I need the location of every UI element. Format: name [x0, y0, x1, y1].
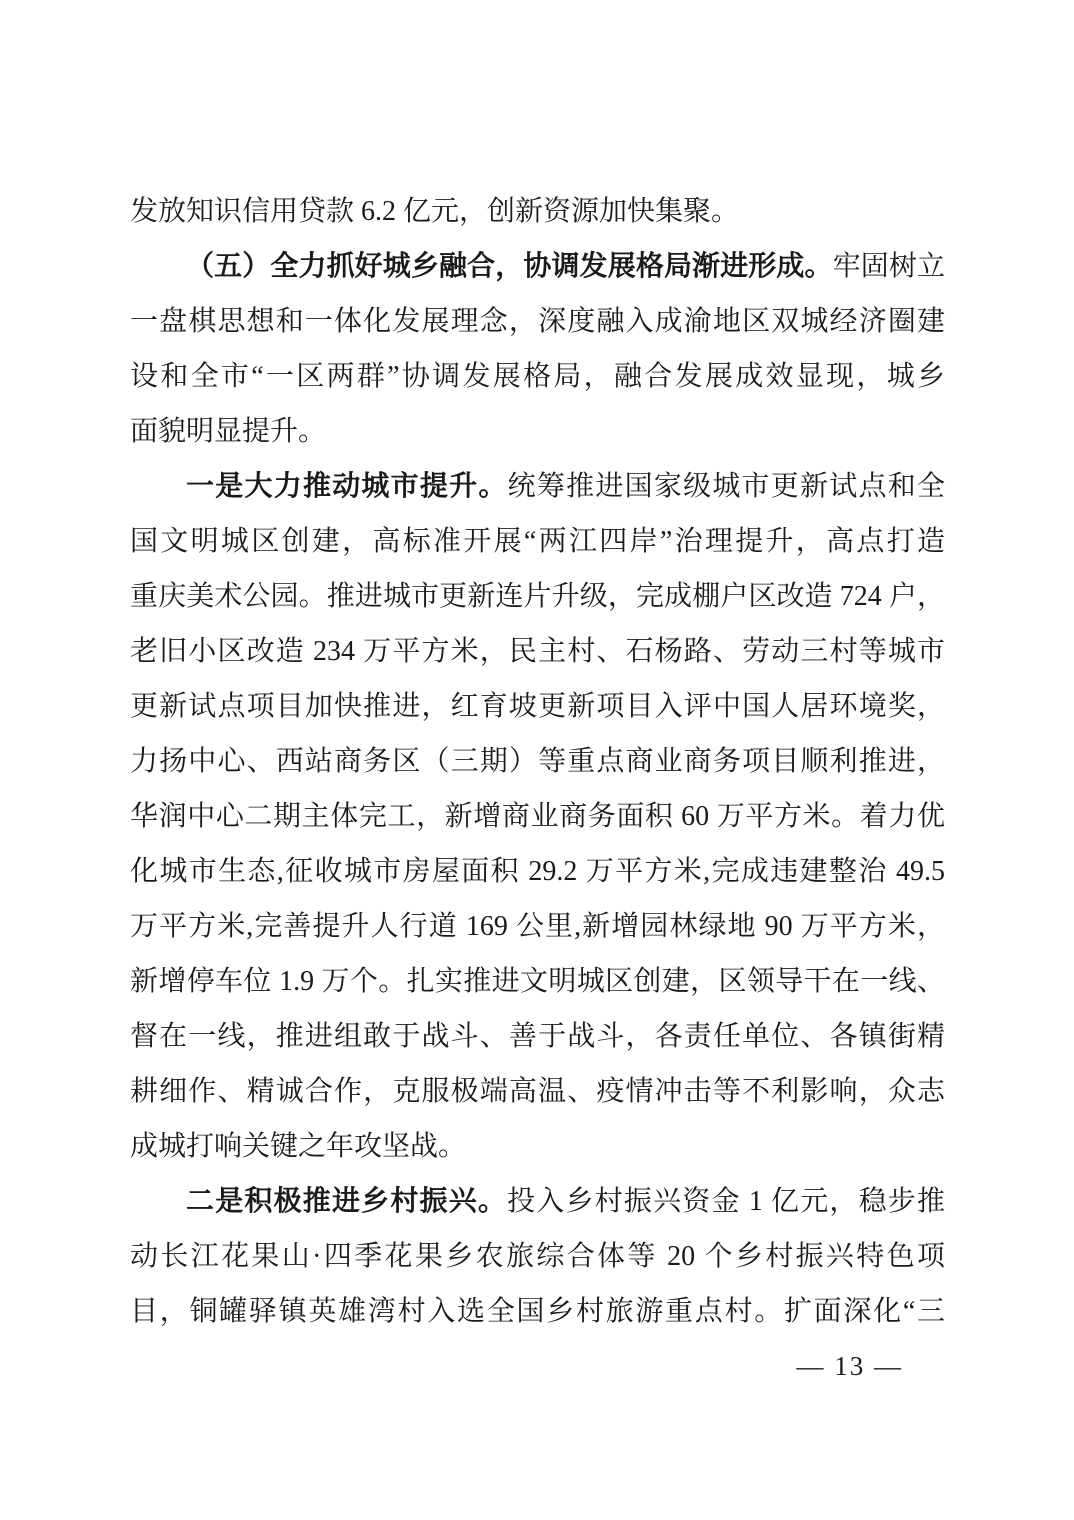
text-line: 目，铜罐驿镇英雄湾村入选全国乡村旅游重点村。扩面深化“三	[130, 1284, 945, 1339]
page-number: — 13 —	[797, 1346, 904, 1386]
heading-segment: （五）全力抓好城乡融合，协调发展格局渐进形成。	[186, 251, 833, 282]
text-line: 动长江花果山·四季花果乡农旅综合体等 20 个乡村振兴特色项	[130, 1229, 945, 1284]
text-line: 华润中心二期主体完工，新增商业商务面积 60 万平方米。着力优	[130, 789, 945, 844]
body-segment: 发放知识信用贷款 6.2 亿元，创新资源加快集聚。	[130, 196, 739, 227]
text-line: 力扬中心、西站商务区（三期）等重点商业商务项目顺利推进，	[130, 734, 945, 789]
body-segment: 一盘棋思想和一体化发展理念，深度融入成渝地区双城经济圈建	[130, 306, 945, 337]
text-line: （五）全力抓好城乡融合，协调发展格局渐进形成。牢固树立	[130, 239, 945, 294]
text-line: 重庆美术公园。推进城市更新连片升级，完成棚户区改造 724 户，	[130, 569, 945, 624]
body-segment: 更新试点项目加快推进，红育坡更新项目入评中国人居环境奖，	[130, 691, 945, 722]
body-segment: 牢固树立	[833, 251, 945, 282]
text-line: 耕细作、精诚合作，克服极端高温、疫情冲击等不利影响，众志	[130, 1064, 945, 1119]
body-segment: 面貌明显提升。	[130, 416, 326, 447]
text-line: 成城打响关键之年攻坚战。	[130, 1119, 945, 1174]
heading-segment: 一是大力推动城市提升。	[186, 471, 508, 502]
body-segment: 化城市生态,征收城市房屋面积 29.2 万平方米,完成违建整治 49.5	[130, 856, 945, 887]
text-line: 发放知识信用贷款 6.2 亿元，创新资源加快集聚。	[130, 184, 945, 239]
text-line: 二是积极推进乡村振兴。投入乡村振兴资金 1 亿元，稳步推	[130, 1174, 945, 1229]
body-segment: 耕细作、精诚合作，克服极端高温、疫情冲击等不利影响，众志	[130, 1076, 945, 1107]
text-line: 国文明城区创建，高标准开展“两江四岸”治理提升，高点打造	[130, 514, 945, 569]
body-segment: 国文明城区创建，高标准开展“两江四岸”治理提升，高点打造	[130, 526, 945, 557]
text-line: 设和全市“一区两群”协调发展格局，融合发展成效显现，城乡	[130, 349, 945, 404]
text-line: 一是大力推动城市提升。统筹推进国家级城市更新试点和全	[130, 459, 945, 514]
body-segment: 投入乡村振兴资金 1 亿元，稳步推	[507, 1186, 945, 1217]
document-body: 发放知识信用贷款 6.2 亿元，创新资源加快集聚。（五）全力抓好城乡融合，协调发…	[130, 184, 945, 1339]
document-page: 发放知识信用贷款 6.2 亿元，创新资源加快集聚。（五）全力抓好城乡融合，协调发…	[0, 0, 1074, 1520]
body-segment: 动长江花果山·四季花果乡农旅综合体等 20 个乡村振兴特色项	[130, 1241, 945, 1272]
text-line: 更新试点项目加快推进，红育坡更新项目入评中国人居环境奖，	[130, 679, 945, 734]
body-segment: 力扬中心、西站商务区（三期）等重点商业商务项目顺利推进，	[130, 746, 945, 777]
body-segment: 重庆美术公园。推进城市更新连片升级，完成棚户区改造 724 户，	[130, 581, 945, 612]
text-line: 面貌明显提升。	[130, 404, 945, 459]
body-segment: 目，铜罐驿镇英雄湾村入选全国乡村旅游重点村。扩面深化“三	[130, 1296, 945, 1327]
text-line: 化城市生态,征收城市房屋面积 29.2 万平方米,完成违建整治 49.5	[130, 844, 945, 899]
heading-segment: 二是积极推进乡村振兴。	[186, 1186, 507, 1217]
text-line: 万平方米,完善提升人行道 169 公里,新增园林绿地 90 万平方米，	[130, 899, 945, 954]
text-line: 新增停车位 1.9 万个。扎实推进文明城区创建，区领导干在一线、	[130, 954, 945, 1009]
text-line: 督在一线，推进组敢于战斗、善于战斗，各责任单位、各镇街精	[130, 1009, 945, 1064]
body-segment: 督在一线，推进组敢于战斗、善于战斗，各责任单位、各镇街精	[130, 1021, 945, 1052]
text-line: 老旧小区改造 234 万平方米，民主村、石杨路、劳动三村等城市	[130, 624, 945, 679]
body-segment: 统筹推进国家级城市更新试点和全	[508, 471, 945, 502]
body-segment: 设和全市“一区两群”协调发展格局，融合发展成效显现，城乡	[130, 361, 945, 392]
text-line: 一盘棋思想和一体化发展理念，深度融入成渝地区双城经济圈建	[130, 294, 945, 349]
body-segment: 老旧小区改造 234 万平方米，民主村、石杨路、劳动三村等城市	[130, 636, 945, 667]
body-segment: 成城打响关键之年攻坚战。	[130, 1131, 466, 1162]
body-segment: 新增停车位 1.9 万个。扎实推进文明城区创建，区领导干在一线、	[130, 966, 945, 997]
body-segment: 华润中心二期主体完工，新增商业商务面积 60 万平方米。着力优	[130, 801, 945, 832]
body-segment: 万平方米,完善提升人行道 169 公里,新增园林绿地 90 万平方米，	[130, 911, 945, 942]
